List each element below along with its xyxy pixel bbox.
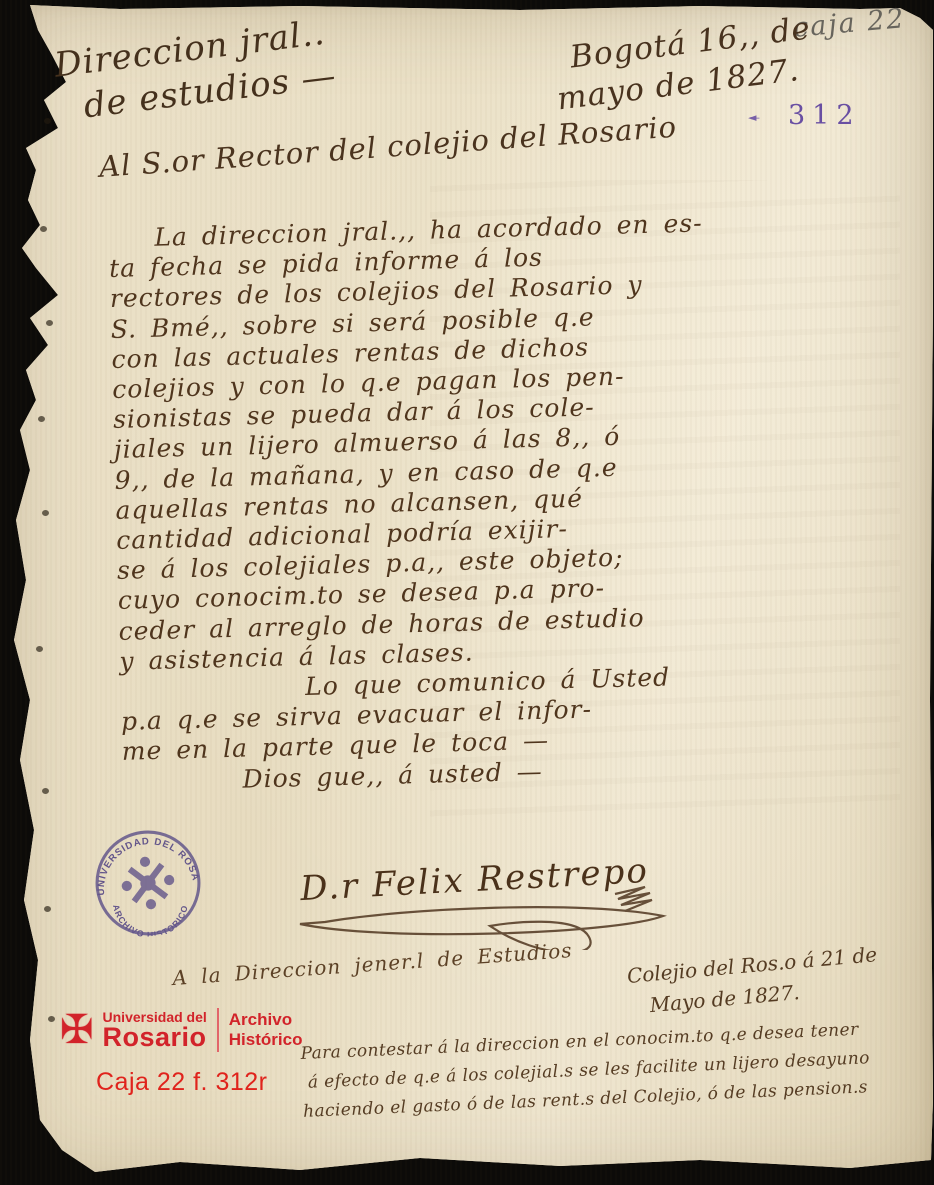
archive-department-name: Archivo Histórico	[229, 1010, 303, 1049]
punch-hole	[42, 510, 49, 516]
archive-brand-lockup: ✠ Universidad del Rosario Archivo Histór…	[60, 1008, 302, 1052]
folio-number-stamp: 312	[788, 100, 861, 131]
manuscript-scan-page: caja 22 Direccion jral.. de estudios — B…	[0, 0, 934, 1185]
letter-body: La direccion jral.,, ha acordado en es- …	[108, 203, 927, 798]
brand-divider	[217, 1008, 219, 1052]
signature-flourish	[285, 866, 685, 950]
punch-hole	[42, 788, 49, 794]
university-crest-icon: ✠	[60, 1010, 94, 1050]
punch-hole	[36, 646, 43, 652]
punch-hole	[44, 906, 51, 912]
university-name-line2: Rosario	[103, 1024, 207, 1051]
punch-hole	[44, 118, 51, 124]
archive-dept-line1: Archivo	[229, 1010, 303, 1030]
punch-hole	[40, 226, 47, 232]
archive-seal-stamp: UNIVERSIDAD DEL ROSARIO ARCHIVO HISTORIC…	[86, 823, 210, 943]
stamp-arrow-mark: ◄–	[748, 111, 758, 124]
punch-hole	[38, 416, 45, 422]
catalog-reference: Caja 22 f. 312r	[96, 1068, 268, 1097]
seal-emblem-icon	[119, 854, 178, 913]
punch-hole	[48, 1016, 55, 1022]
archive-dept-line2: Histórico	[229, 1030, 303, 1050]
punch-hole	[46, 320, 53, 326]
university-name: Universidad del Rosario	[103, 1010, 207, 1051]
